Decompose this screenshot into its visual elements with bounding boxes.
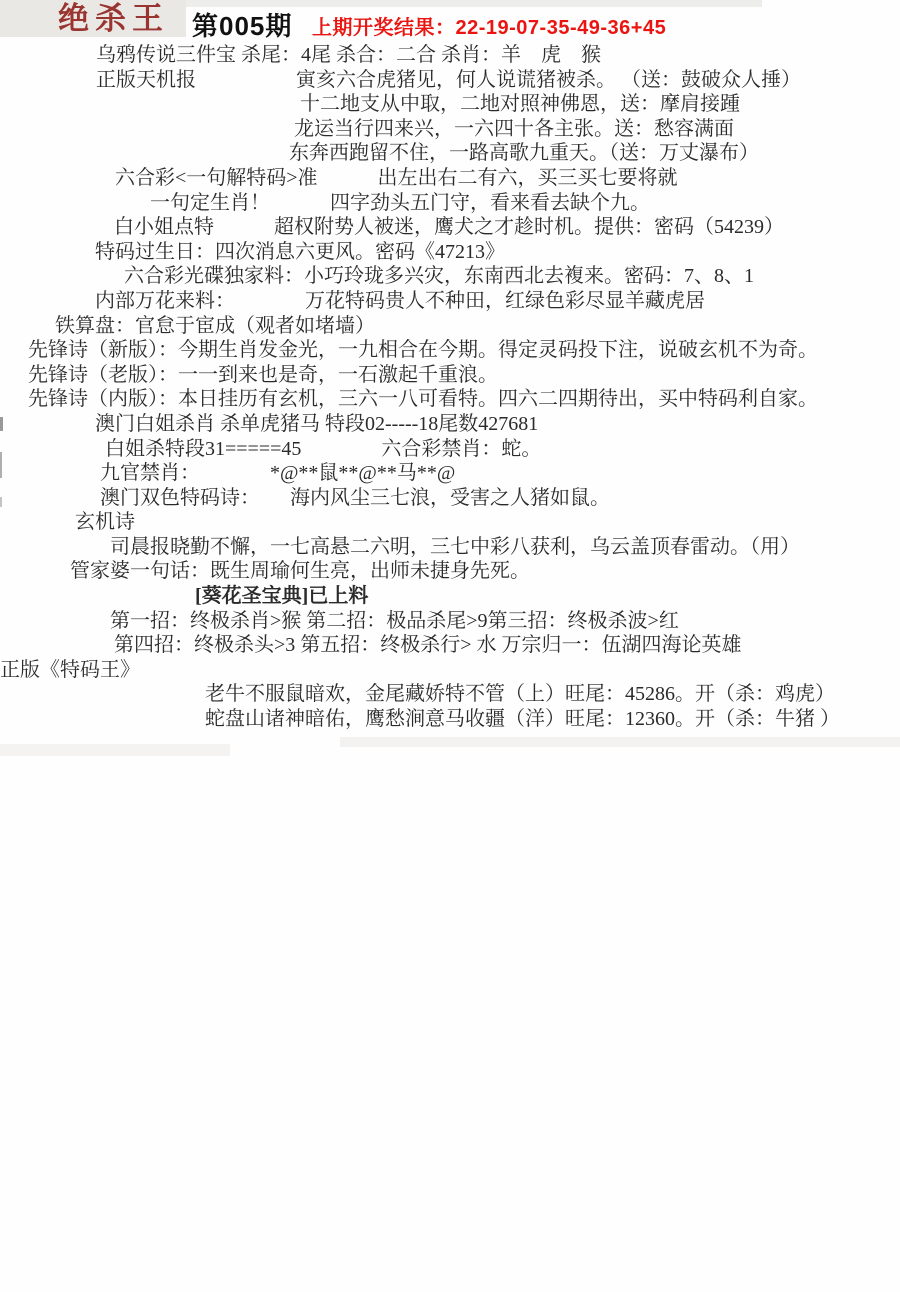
scan-artifact [0,497,2,507]
text-line: 六合彩<一句解特码>准 出左出右二有六，买三买七要将就 [0,166,900,191]
text-line: 第四招：终极杀头>3 第五招：终极杀行> 水 万宗归一：伍湖四海论英雄 [0,633,900,658]
text-line: 铁算盘：官怠于宦成（观者如堵墙） [0,314,900,339]
text-line: 管家婆一句话：既生周瑜何生亮，出师未捷身先死。 [0,559,900,584]
text-line: 六合彩光碟独家料：小巧玲珑多兴灾，东南西北去複来。密码：7、8、1 [0,264,900,289]
issue-number: 第005期 [192,6,292,43]
text-line: 白小姐点特 超权附势人被迷，鹰犬之才趁时机。提供：密码（54239） [0,215,900,240]
last-draw-result: 上期开奖结果：22-19-07-35-49-36+45 [312,11,666,40]
text-line: 正版《特码王》 [0,658,900,683]
text-line: 白姐杀特段31=====45 六合彩禁肖：蛇。 [0,437,900,462]
text-line: [葵花圣宝典]已上料 [0,584,900,609]
text-line: 一句定生肖！ 四字劲头五门守，看来看去缺个九。 [0,191,900,216]
text-line: 内部万花来料： 万花特码贵人不种田，红绿色彩尽显羊藏虎居 [0,289,900,314]
scan-smudge [340,737,900,747]
scan-smudge [0,744,230,756]
text-line: 第一招：终极杀肖>猴 第二招：极品杀尾>9第三招：终极杀波>红 [0,609,900,634]
tip-sheet-page: 绝杀王 第005期 上期开奖结果：22-19-07-35-49-36+45 乌鸦… [0,0,900,1292]
text-line: 澳门双色特码诗： 海内风尘三七浪，受害之人猪如鼠。 [0,486,900,511]
text-line: 老牛不服鼠暗欢，金尾藏娇特不管（上）旺尾：45286。开（杀：鸡虎） [0,682,900,707]
text-line: 蛇盘山诸神暗佑，鹰愁涧意马收疆（洋）旺尾：12360。开（杀：牛猪 ） [0,707,900,732]
text-line: 九官禁肖： *@**鼠**@**马**@ [0,461,900,486]
text-line: 澳门白姐杀肖 杀单虎猪马 特段02-----18尾数427681 [0,412,900,437]
text-line: 玄机诗 [0,510,900,535]
text-line: 特码过生日：四次消息六更风。密码《47213》 [0,240,900,265]
text-line: 先锋诗（老版）：一一到来也是奇，一石激起千重浪。 [0,363,900,388]
scan-artifact [0,417,3,431]
text-line: 十二地支从中取，二地对照神佛恩，送：摩肩接踵 [0,92,900,117]
text-line: 东奔西跑留不住，一路高歌九重天。（送：万丈瀑布） [0,141,900,166]
text-line: 司晨报晓勤不懈，一七高悬二六明，三七中彩八获利，乌云盖顶春雷动。（用） [0,535,900,560]
scan-artifact [0,452,2,478]
page-title: 绝杀王 [58,0,169,38]
text-line: 乌鸦传说三件宝 杀尾：4尾 杀合：二合 杀肖：羊 虎 猴 [0,43,900,68]
masthead: 绝杀王 第005期 上期开奖结果：22-19-07-35-49-36+45 [0,0,900,40]
text-lines: 乌鸦传说三件宝 杀尾：4尾 杀合：二合 杀肖：羊 虎 猴正版天机报 寅亥六合虎猪… [0,43,900,732]
text-line: 先锋诗（新版）：今期生肖发金光，一九相合在今期。得定灵码投下注，说破玄机不为奇。 [0,338,900,363]
text-line: 龙运当行四来兴，一六四十各主张。送：愁容满面 [0,117,900,142]
text-line: 先锋诗（内版）：本日挂历有玄机，三六一八可看特。四六二四期待出，买中特码利自家。 [0,387,900,412]
text-line: 正版天机报 寅亥六合虎猪见，何人说谎猪被杀。 （送：鼓破众人捶） [0,68,900,93]
